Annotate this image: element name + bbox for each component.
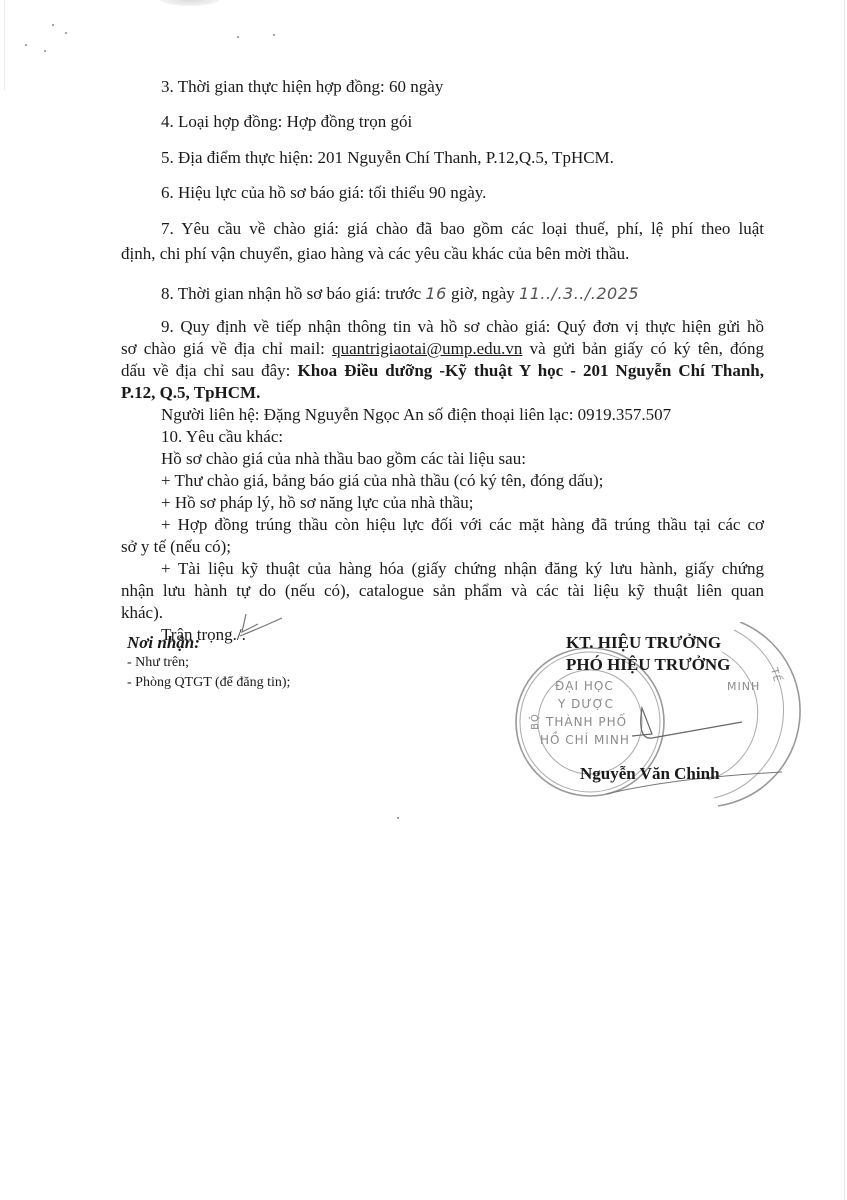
text: 7. Yêu cầu về chào giá: giá chào đã bao … xyxy=(161,219,764,238)
recipient-item: - Phòng QTGT (để đăng tin); xyxy=(127,674,290,692)
document-page: 3. Thời gian thực hiện hợp đồng: 60 ngày… xyxy=(0,0,847,1200)
address-bold: Khoa Điều dưỡng -Kỹ thuật Y học - 201 Ng… xyxy=(297,361,764,380)
signature-title: KT. HIỆU TRƯỞNG xyxy=(566,633,721,653)
item-other-requirements: 10. Yêu cầu khác: xyxy=(161,426,283,448)
item-submission-rules-line2: sơ chào giá về địa chỉ mail: quantrigiao… xyxy=(121,338,764,360)
stamp-text: ĐẠI HỌC xyxy=(555,679,614,693)
scan-speck xyxy=(273,34,275,36)
requirement-item-cont: nhận lưu hành tự do (nếu có), catalogue … xyxy=(121,580,764,602)
page-edge xyxy=(4,0,5,90)
scan-speck xyxy=(237,36,239,38)
text: dấu về địa chỉ sau đây: xyxy=(121,361,290,380)
text: và gửi bản giấy có ký tên, đóng xyxy=(530,339,764,358)
stamp-text: BỘ xyxy=(530,713,541,730)
page-edge xyxy=(844,0,845,1200)
item-contract-type: 4. Loại hợp đồng: Hợp đồng trọn gói xyxy=(161,111,412,133)
stamp-text: TẾ xyxy=(768,667,782,684)
recipients-title: Nơi nhận: xyxy=(127,633,200,653)
signatory-name: Nguyễn Văn Chinh xyxy=(580,764,720,784)
requirement-item: + Tài liệu kỹ thuật của hàng hóa (giấy c… xyxy=(121,558,764,580)
text: + Hợp đồng trúng thầu còn hiệu lực đối v… xyxy=(161,515,764,534)
handwritten-date: 11../.3../.2025 xyxy=(519,284,639,303)
text: giờ, ngày xyxy=(451,284,515,303)
requirement-item: + Hồ sơ pháp lý, hồ sơ năng lực của nhà … xyxy=(161,492,474,514)
requirement-item: + Hợp đồng trúng thầu còn hiệu lực đối v… xyxy=(121,514,764,536)
text: 8. Thời gian nhận hồ sơ báo giá: trước xyxy=(161,284,421,303)
signature-subtitle: PHÓ HIỆU TRƯỞNG xyxy=(566,655,730,675)
item-submission-rules-line3: dấu về địa chỉ sau đây: Khoa Điều dưỡng … xyxy=(121,360,764,382)
item-submission-rules-line1: 9. Quy định về tiếp nhận thông tin và hồ… xyxy=(121,316,764,338)
item-submission-time: 8. Thời gian nhận hồ sơ báo giá: trước 1… xyxy=(161,283,639,305)
requirement-item: + Thư chào giá, bảng báo giá của nhà thầ… xyxy=(161,470,603,492)
item-contract-duration: 3. Thời gian thực hiện hợp đồng: 60 ngày xyxy=(161,76,443,98)
text: 9. Quy định về tiếp nhận thông tin và hồ… xyxy=(161,317,764,336)
stamp-text: MINH xyxy=(727,680,760,693)
scan-speck xyxy=(25,44,27,46)
recipient-item: - Như trên; xyxy=(127,654,189,672)
scan-speck xyxy=(397,817,399,819)
initials-mark xyxy=(238,610,288,640)
text: sơ chào giá về địa chỉ mail: xyxy=(121,339,325,358)
requirement-item-cont: khác). xyxy=(121,602,163,624)
handwritten-hour: 16 xyxy=(425,284,446,303)
item-location: 5. Địa điểm thực hiện: 201 Nguyễn Chí Th… xyxy=(161,147,614,169)
item-price-requirement-line1: 7. Yêu cầu về chào giá: giá chào đã bao … xyxy=(121,218,764,240)
scan-smudge xyxy=(160,0,220,6)
item-price-requirement-line2: định, chi phí vận chuyển, giao hàng và c… xyxy=(121,243,629,265)
scan-speck xyxy=(65,32,67,34)
scan-speck xyxy=(44,50,46,52)
contact-person: Người liên hệ: Đặng Nguyễn Ngọc An số đi… xyxy=(161,404,671,426)
requirements-intro: Hồ sơ chào giá của nhà thầu bao gồm các … xyxy=(161,448,526,470)
scan-speck xyxy=(52,24,54,26)
email-link[interactable]: quantrigiaotai@ump.edu.vn xyxy=(332,339,522,358)
closing: Trân trọng./. xyxy=(161,611,246,633)
text: + Tài liệu kỹ thuật của hàng hóa (giấy c… xyxy=(161,559,764,578)
requirement-item-cont: sở y tế (nếu có); xyxy=(121,536,231,558)
stamp-text: THÀNH PHỐ xyxy=(546,715,627,729)
item-validity: 6. Hiệu lực của hồ sơ báo giá: tối thiểu… xyxy=(161,182,486,204)
address-bold-cont: P.12, Q.5, TpHCM. xyxy=(121,382,260,404)
stamp-text: Y DƯỢC xyxy=(558,697,614,711)
stamp-text: HỒ CHÍ MINH xyxy=(540,733,630,747)
